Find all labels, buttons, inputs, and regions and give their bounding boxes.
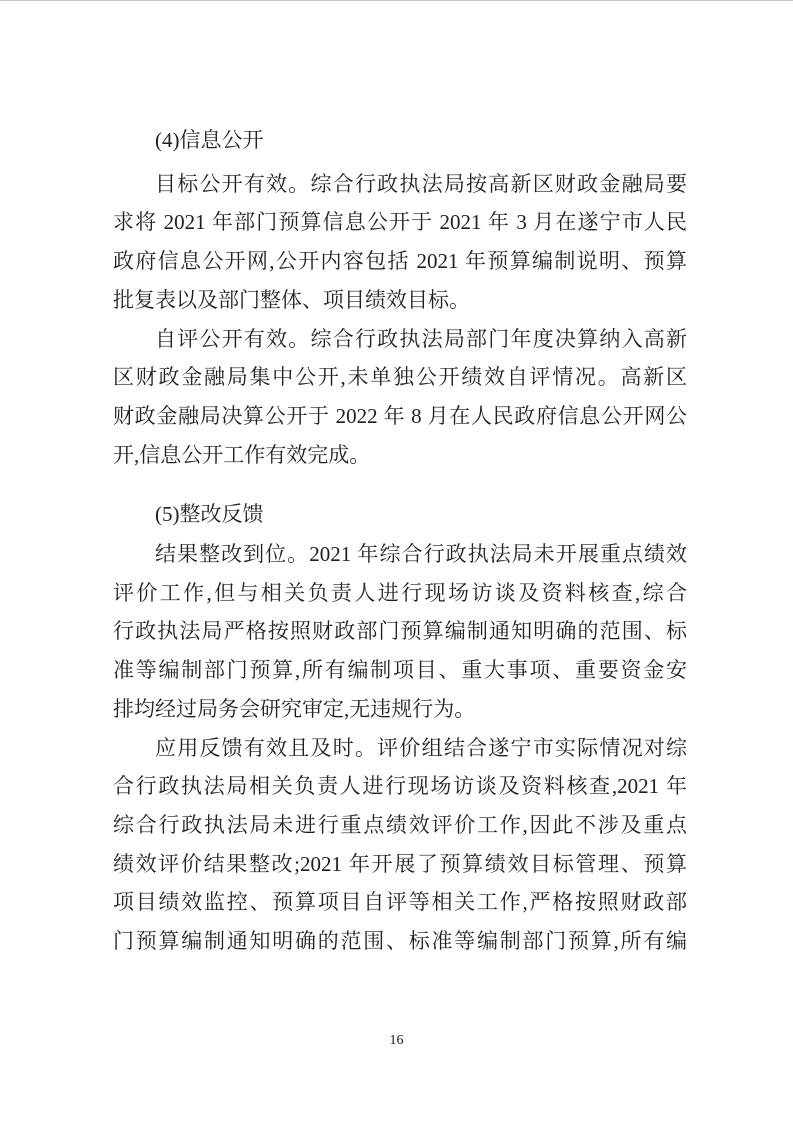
text-line: 批复表以及部门整体、项目绩效目标。 bbox=[113, 281, 687, 320]
text-line: 综合行政执法局未进行重点绩效评价工作,因此不涉及重点 bbox=[113, 806, 687, 845]
section-heading: (4)信息公开 bbox=[113, 121, 687, 160]
paragraph: 自评公开有效。综合行政执法局部门年度决算纳入高新区财政金融局集中公开,未单独公开… bbox=[113, 320, 687, 475]
section: (5)整改反馈结果整改到位。2021 年综合行政执法局未开展重点绩效评价工作,但… bbox=[113, 495, 687, 960]
text-line: 求将 2021 年部门预算信息公开于 2021 年 3 月在遂宁市人民 bbox=[113, 203, 687, 242]
text-line: 政府信息公开网,公开内容包括 2021 年预算编制说明、预算 bbox=[113, 242, 687, 281]
text-line: 门预算编制通知明确的范围、标准等编制部门预算,所有编 bbox=[113, 922, 687, 961]
text-line: 自评公开有效。综合行政执法局部门年度决算纳入高新 bbox=[113, 320, 687, 359]
section: (4)信息公开目标公开有效。综合行政执法局按高新区财政金融局要求将 2021 年… bbox=[113, 121, 687, 474]
paragraph: 应用反馈有效且及时。评价组结合遂宁市实际情况对综合行政执法局相关负责人进行现场访… bbox=[113, 729, 687, 961]
document-page: (4)信息公开目标公开有效。综合行政执法局按高新区财政金融局要求将 2021 年… bbox=[0, 0, 793, 1122]
text-line: 开,信息公开工作有效完成。 bbox=[113, 436, 687, 475]
document-body: (4)信息公开目标公开有效。综合行政执法局按高新区财政金融局要求将 2021 年… bbox=[113, 121, 687, 961]
paragraph: 结果整改到位。2021 年综合行政执法局未开展重点绩效评价工作,但与相关负责人进… bbox=[113, 535, 687, 729]
text-line: 财政金融局决算公开于 2022 年 8 月在人民政府信息公开网公 bbox=[113, 397, 687, 436]
text-line: 项目绩效监控、预算项目自评等相关工作,严格按照财政部 bbox=[113, 883, 687, 922]
text-line: 准等编制部门预算,所有编制项目、重大事项、重要资金安 bbox=[113, 651, 687, 690]
page-number: 16 bbox=[0, 1032, 793, 1049]
paragraph: 目标公开有效。综合行政执法局按高新区财政金融局要求将 2021 年部门预算信息公… bbox=[113, 165, 687, 320]
text-line: 评价工作,但与相关负责人进行现场访谈及资料核查,综合 bbox=[113, 574, 687, 613]
text-line: 目标公开有效。综合行政执法局按高新区财政金融局要 bbox=[113, 165, 687, 204]
text-line: 区财政金融局集中公开,未单独公开绩效自评情况。高新区 bbox=[113, 358, 687, 397]
text-line: 绩效评价结果整改;2021 年开展了预算绩效目标管理、预算 bbox=[113, 845, 687, 884]
text-line: 行政执法局严格按照财政部门预算编制通知明确的范围、标 bbox=[113, 612, 687, 651]
text-line: 排均经过局务会研究审定,无违规行为。 bbox=[113, 690, 687, 729]
text-line: 合行政执法局相关负责人进行现场访谈及资料核查,2021 年 bbox=[113, 767, 687, 806]
section-heading: (5)整改反馈 bbox=[113, 495, 687, 534]
text-line: 结果整改到位。2021 年综合行政执法局未开展重点绩效 bbox=[113, 535, 687, 574]
text-line: 应用反馈有效且及时。评价组结合遂宁市实际情况对综 bbox=[113, 729, 687, 768]
